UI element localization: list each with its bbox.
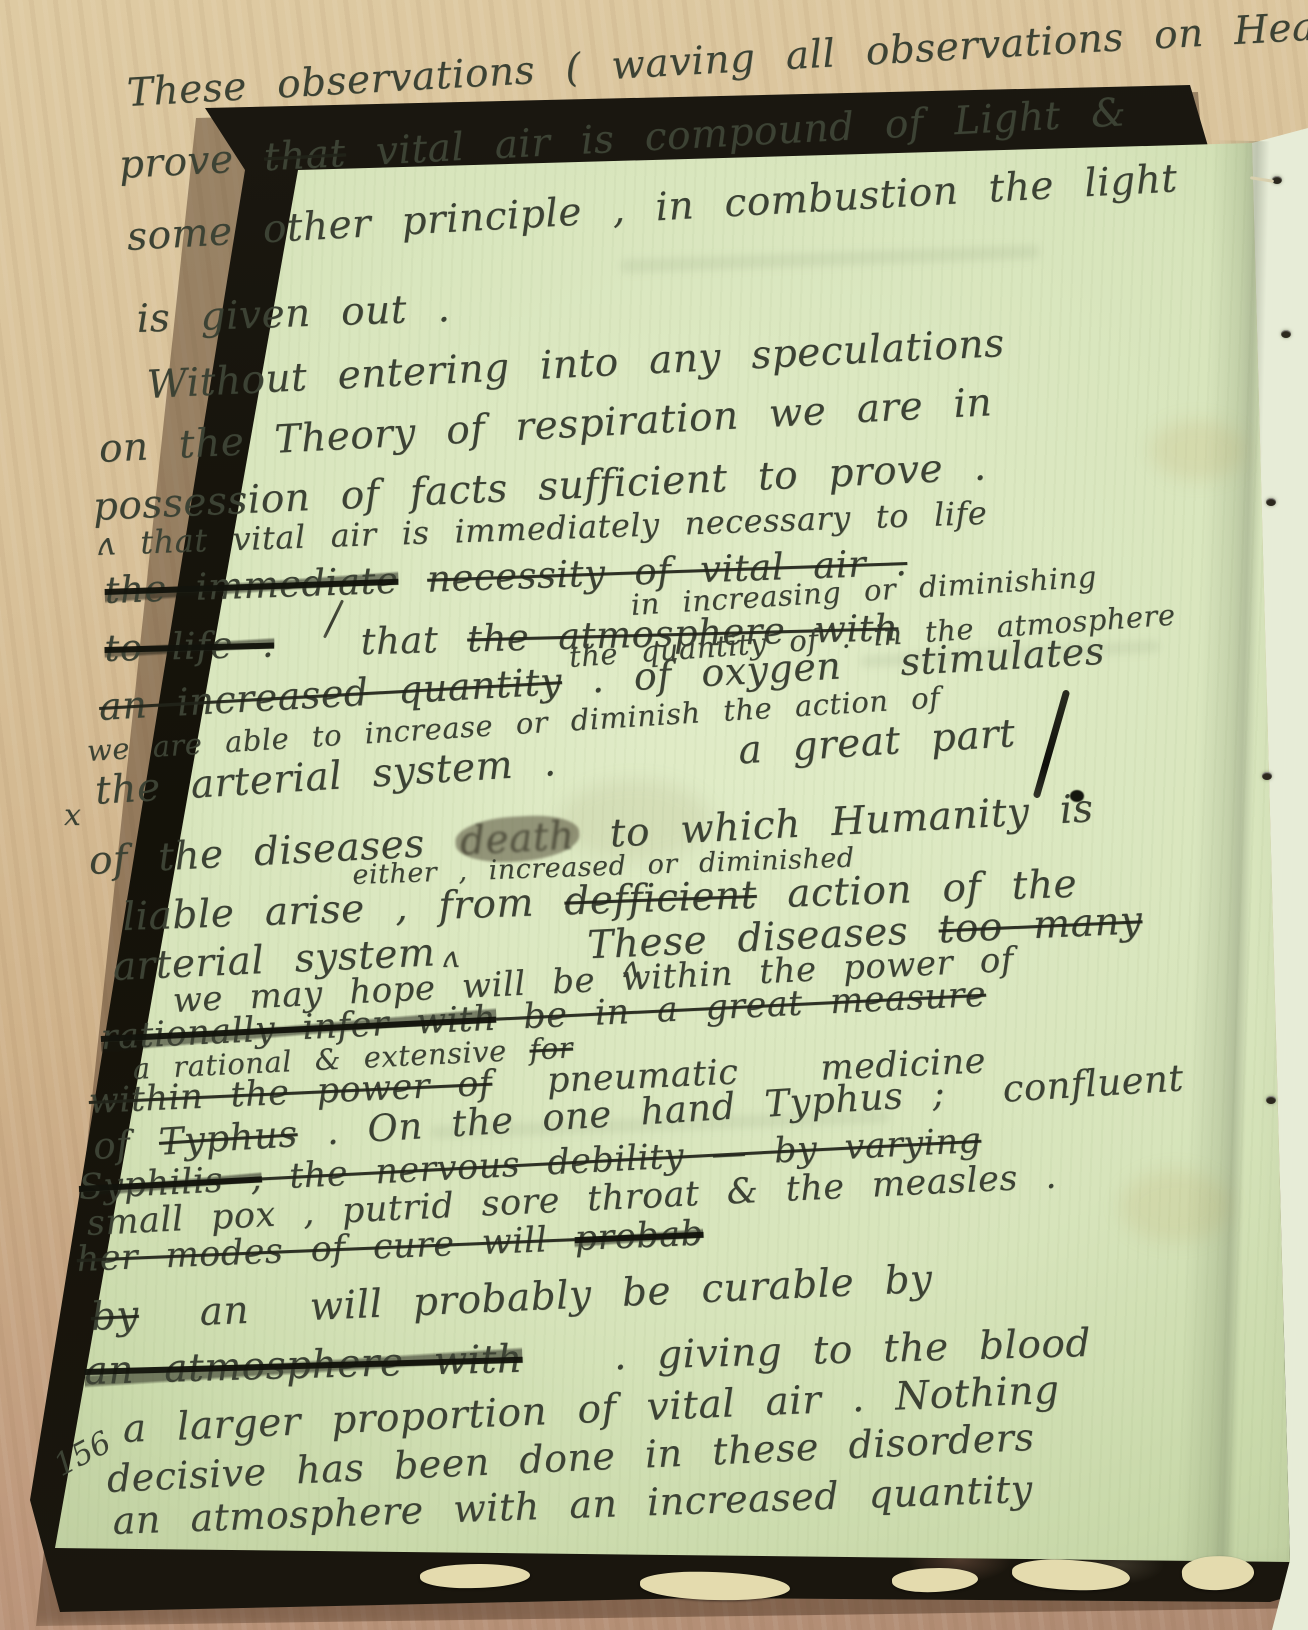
handwritten-line: is given out . [136, 289, 451, 341]
text-segment [273, 620, 361, 665]
text-segment [397, 558, 427, 602]
text-segment: vital air is compound of Light & [344, 90, 1127, 176]
text-segment: an atmosphere with [84, 1337, 523, 1394]
text-segment: that [263, 131, 347, 180]
text-segment: the immediate [104, 559, 399, 612]
text-segment: to life . [104, 623, 275, 670]
text-segment: Typhus [158, 1112, 299, 1164]
text-segment: that [360, 618, 468, 664]
text-segment: ʌ [96, 523, 141, 563]
text-segment: probab [574, 1214, 704, 1259]
text-segment: by [90, 1293, 140, 1340]
photo-of-manuscript-notebook: These observations ( waving all observat… [0, 0, 1308, 1630]
text-segment: of [92, 1121, 160, 1168]
text-segment: These observations ( waving all observat… [126, 4, 1308, 116]
text-segment: prove [118, 135, 265, 188]
text-segment: is given out . [136, 286, 451, 342]
margin-mark: x [64, 800, 81, 832]
text-segment: x [64, 798, 81, 833]
handwriting-layer: These observations ( waving all observat… [0, 0, 1308, 1630]
handwritten-line: These observations ( waving all observat… [126, 7, 1308, 115]
